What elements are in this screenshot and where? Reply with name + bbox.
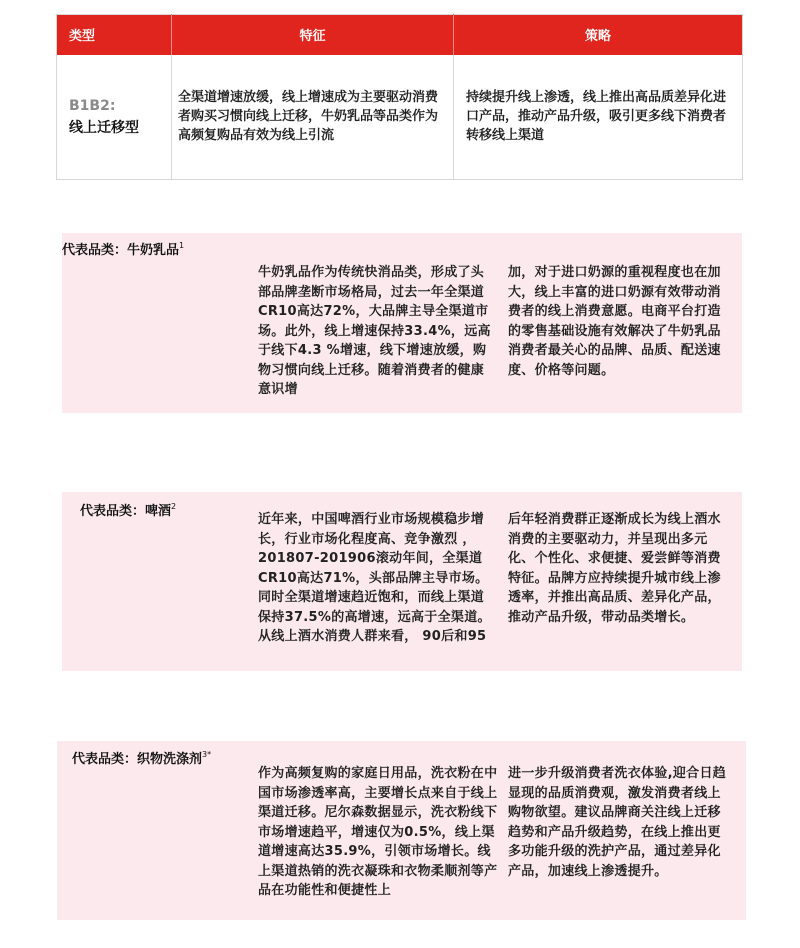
type-cell: B1B2: 线上迁移型 [57, 55, 172, 180]
header-features: 特征 [172, 15, 454, 55]
category-text-left: 牛奶乳品作为传统快消品类，形成了头部品牌垄断市场格局，过去一年全渠道CR10高达… [258, 263, 496, 400]
category-box-detergent: 代表品类：织物洗涤剂3* 作为高频复购的家庭日用品，洗衣粉在中国市场渗透率高，主… [57, 741, 746, 920]
type-name: 线上迁移型 [69, 117, 165, 139]
footnote-marker: 2 [171, 502, 176, 511]
table-row: B1B2: 线上迁移型 全渠道增速放缓，线上增速成为主要驱动消费者购买习惯向线上… [57, 55, 743, 180]
category-text-left: 作为高频复购的家庭日用品，洗衣粉在中国市场渗透率高，主要增长点来自于线上渠道迁移… [258, 764, 498, 901]
category-title-text: 代表品类：牛奶乳品 [62, 243, 179, 258]
category-box-beer: 代表品类：啤酒2 近年来，中国啤酒行业市场规模稳步增长，行业市场化程度高、竞争激… [62, 492, 742, 671]
category-title: 代表品类：织物洗涤剂3* [72, 748, 211, 767]
category-title: 代表品类：牛奶乳品1 [62, 239, 184, 258]
category-title: 代表品类：啤酒2 [80, 500, 176, 519]
table-header-row: 类型 特征 策略 [57, 15, 743, 55]
footnote-marker: 1 [179, 241, 184, 250]
footnote-marker: 3* [202, 750, 211, 759]
category-title-text: 代表品类：啤酒 [80, 504, 171, 519]
type-code: B1B2: [69, 95, 165, 117]
strategy-table: 类型 特征 策略 B1B2: 线上迁移型 全渠道增速放缓，线上增速成为主要驱动消… [56, 14, 743, 180]
category-text-left: 近年来，中国啤酒行业市场规模稳步增长，行业市场化程度高、竞争激烈 ，201807… [258, 510, 496, 647]
category-text-right: 加，对于进口奶源的重视程度也在加大，线上丰富的进口奶源有效带动消费者的线上消费意… [508, 263, 730, 380]
strategy-cell: 持续提升线上渗透，线上推出高品质差异化进口产品，推动产品升级，吸引更多线下消费者… [454, 55, 743, 180]
category-text-right: 进一步升级消费者洗衣体验,迎合日趋显现的品质消费观，激发消费者线上购物欲望。建议… [508, 764, 730, 881]
header-strategy: 策略 [454, 15, 743, 55]
header-type: 类型 [57, 15, 172, 55]
features-cell: 全渠道增速放缓，线上增速成为主要驱动消费者购买习惯向线上迁移，牛奶乳品等品类作为… [172, 55, 454, 180]
category-box-milk: 代表品类：牛奶乳品1 牛奶乳品作为传统快消品类，形成了头部品牌垄断市场格局，过去… [62, 233, 742, 413]
category-title-text: 代表品类：织物洗涤剂 [72, 752, 202, 767]
category-text-right: 后年轻消费群正逐渐成长为线上酒水消费的主要驱动力，并呈现出多元化、个性化、求便捷… [508, 510, 730, 627]
